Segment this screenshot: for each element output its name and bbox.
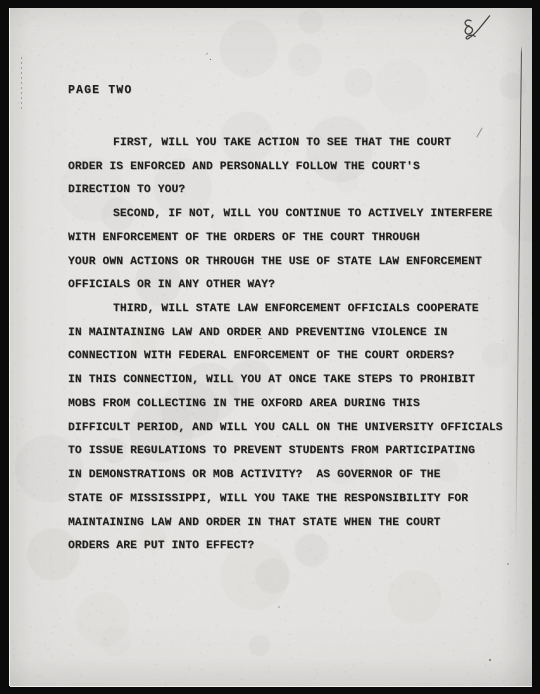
text-line: OFFICIALS OR IN ANY OTHER WAY?	[68, 274, 503, 298]
left-margin-dashes	[21, 57, 22, 111]
text-line: WITH ENFORCEMENT OF THE ORDERS OF THE CO…	[68, 227, 503, 251]
text-line: SECOND, IF NOT, WILL YOU CONTINUE TO ACT…	[68, 203, 503, 227]
text-line: MOBS FROM COLLECTING IN THE OXFORD AREA …	[68, 393, 503, 417]
document-body: FIRST, WILL YOU TAKE ACTION TO SEE THAT …	[68, 132, 503, 559]
scan-speck	[278, 606, 280, 608]
text-line: MAINTAINING LAW AND ORDER IN THAT STATE …	[68, 512, 503, 536]
handwritten-86-scribble	[459, 13, 500, 47]
text-line: IN THIS CONNECTION, WILL YOU AT ONCE TAK…	[68, 369, 503, 393]
text-line: DIRECTION TO YOU?	[68, 179, 503, 203]
text-line: THIRD, WILL STATE LAW ENFORCEMENT OFFICI…	[68, 298, 503, 322]
text-line: IN MAINTAINING LAW AND ORDER AND PREVENT…	[68, 322, 503, 346]
document-page: ′. PAGE TWO FIRST, WILL YOU TAKE ACTION …	[10, 8, 532, 686]
scan-speck	[507, 563, 509, 565]
text-line: TO ISSUE REGULATIONS TO PREVENT STUDENTS…	[68, 440, 503, 464]
photo-frame: ′. PAGE TWO FIRST, WILL YOU TAKE ACTION …	[0, 0, 540, 694]
scan-speck	[489, 659, 491, 661]
paragraph-first: FIRST, WILL YOU TAKE ACTION TO SEE THAT …	[68, 132, 503, 203]
text-line: STATE OF MISSISSIPPI, WILL YOU TAKE THE …	[68, 488, 503, 512]
paragraph-third: THIRD, WILL STATE LAW ENFORCEMENT OFFICI…	[68, 298, 503, 559]
stray-punctuation-mark: ′.	[206, 53, 213, 63]
handwritten-annotation	[459, 13, 500, 47]
text-line: DIFFICULT PERIOD, AND WILL YOU CALL ON T…	[68, 417, 503, 441]
text-line: ORDERS ARE PUT INTO EFFECT?	[68, 535, 503, 559]
text-line: ORDER IS ENFORCED AND PERSONALLY FOLLOW …	[68, 156, 503, 180]
paragraph-second: SECOND, IF NOT, WILL YOU CONTINUE TO ACT…	[68, 203, 503, 298]
page-label: PAGE TWO	[68, 84, 132, 97]
text-line: YOUR OWN ACTIONS OR THROUGH THE USE OF S…	[68, 251, 503, 275]
text-line: CONNECTION WITH FEDERAL ENFORCEMENT OF T…	[68, 345, 503, 369]
page-edge-scan-line	[515, 46, 522, 548]
text-line: FIRST, WILL YOU TAKE ACTION TO SEE THAT …	[68, 132, 503, 156]
text-line: IN DEMONSTRATIONS OR MOB ACTIVITY? AS GO…	[68, 464, 503, 488]
